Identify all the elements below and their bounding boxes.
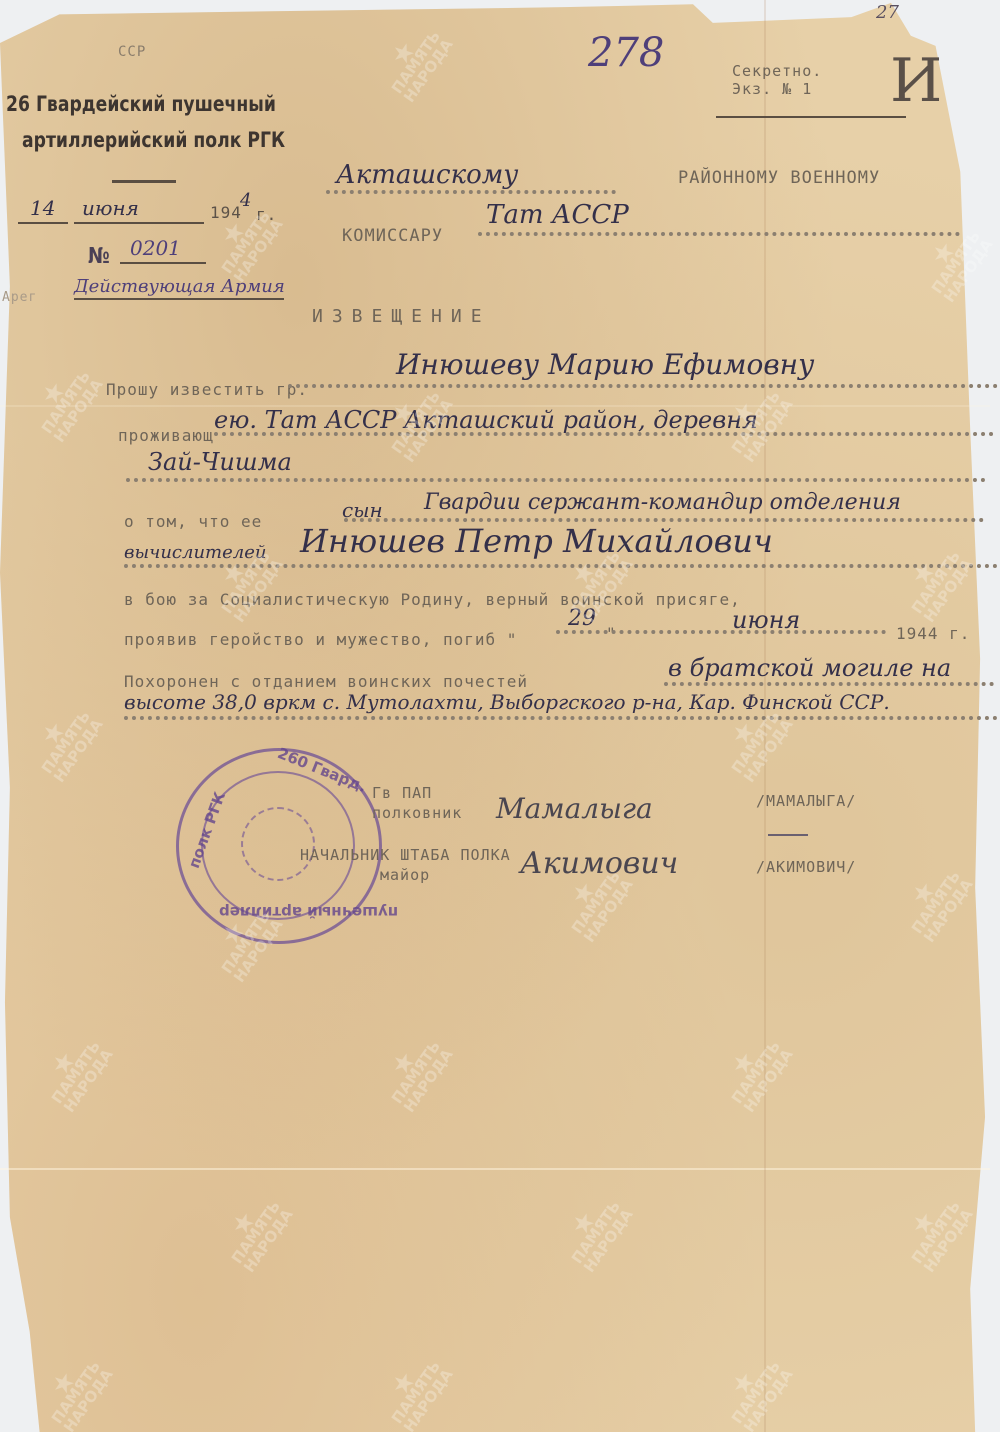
commander-rank: полковник xyxy=(372,804,462,822)
addressee-typed: РАЙОННОМУ ВОЕННОМУ xyxy=(678,168,880,188)
fill-line xyxy=(288,384,998,388)
body-line7-typed-a: проявив геройство и мужество, погиб " xyxy=(124,630,517,649)
fill-line xyxy=(124,564,998,568)
fill-line xyxy=(478,232,960,236)
unit-name-line2: артиллерийский полк РГК xyxy=(22,128,285,152)
fill-line xyxy=(214,432,994,436)
death-year: 1944 г. xyxy=(896,624,970,643)
dash xyxy=(768,834,808,836)
commissar-label: КОМИССАРУ xyxy=(342,226,443,246)
date-day: 14 xyxy=(30,196,55,220)
soldier-rank: Гвардии сержант-командир отделения xyxy=(424,490,901,515)
number-underline xyxy=(120,262,206,264)
army-prefix: Арег xyxy=(2,290,37,305)
commander-signature: Мамалыга xyxy=(496,792,653,825)
army-underline xyxy=(74,298,284,300)
date-underline xyxy=(18,222,68,224)
commander-name: /МАМАЛЫГА/ xyxy=(756,792,856,810)
chief-title: НАЧАЛЬНИК ШТАБА ПОЛКА xyxy=(300,846,511,864)
document-number: 0201 xyxy=(130,236,181,260)
army-value: Действующая Армия xyxy=(74,276,285,297)
recipient-name: Инюшеву Марию Ефимовну xyxy=(396,348,814,381)
secret-label: Секретно. xyxy=(732,62,822,80)
date-g: г. xyxy=(256,205,277,224)
recipient-village: Зай-Чишма xyxy=(148,448,292,476)
fill-line xyxy=(126,478,986,482)
fill-line xyxy=(124,716,998,720)
soldier-role: вычислителей xyxy=(124,542,267,563)
commander-unit: Гв ПАП xyxy=(372,784,432,802)
date-year-prefix: 194 xyxy=(210,203,242,222)
archive-number: 278 xyxy=(588,30,664,76)
date-year-suffix: 4 xyxy=(240,190,251,211)
chief-rank: майор xyxy=(380,866,430,884)
resolution-mark: И xyxy=(890,46,942,116)
burial-place: в братской могиле на xyxy=(668,654,951,682)
number-label: № xyxy=(88,244,110,269)
chief-signature: Акимович xyxy=(520,846,678,881)
date-underline xyxy=(74,222,204,224)
chief-name: /АКИМОВИЧ/ xyxy=(756,858,856,876)
body-line1-typed: Прошу известить гр. xyxy=(106,380,308,399)
recipient-address: ею. Тат АССР Акташский район, деревня xyxy=(214,406,758,434)
document-title: ИЗВЕЩЕНИЕ xyxy=(312,306,491,327)
fill-line xyxy=(326,190,616,194)
addressee-district: Акташскому xyxy=(336,160,518,190)
fill-line xyxy=(556,630,886,634)
burial-location: высоте 38,0 вркм с. Мутолахти, Выборгско… xyxy=(124,690,890,714)
body-line6: в бою за Социалистическую Родину, верный… xyxy=(124,590,741,609)
fill-line xyxy=(664,682,994,686)
divider xyxy=(112,180,176,183)
body-line8-typed: Похоронен с отданием воинских почестей xyxy=(124,672,528,691)
stamp-fragment: ССР xyxy=(118,44,146,60)
copy-label: Экз. № 1 xyxy=(732,80,812,98)
body-line4-typed: о том, что ее xyxy=(124,512,262,531)
fold-line xyxy=(0,1168,990,1170)
ussr-emblem-icon xyxy=(241,807,315,881)
date-month: июня xyxy=(82,196,139,220)
corner-note: 27 xyxy=(876,2,899,23)
soldier-name: Инюшев Петр Михайлович xyxy=(300,522,773,560)
seal-text-bottom: пушечный артиллер xyxy=(219,903,398,921)
secret-underline xyxy=(716,116,906,118)
body-line2-typed: проживающ xyxy=(118,426,214,445)
death-day: 29 xyxy=(568,606,596,631)
unit-name-line1: 26 Гвардейский пушечный xyxy=(6,92,276,116)
addressee-republic: Тат АССР xyxy=(486,200,629,230)
